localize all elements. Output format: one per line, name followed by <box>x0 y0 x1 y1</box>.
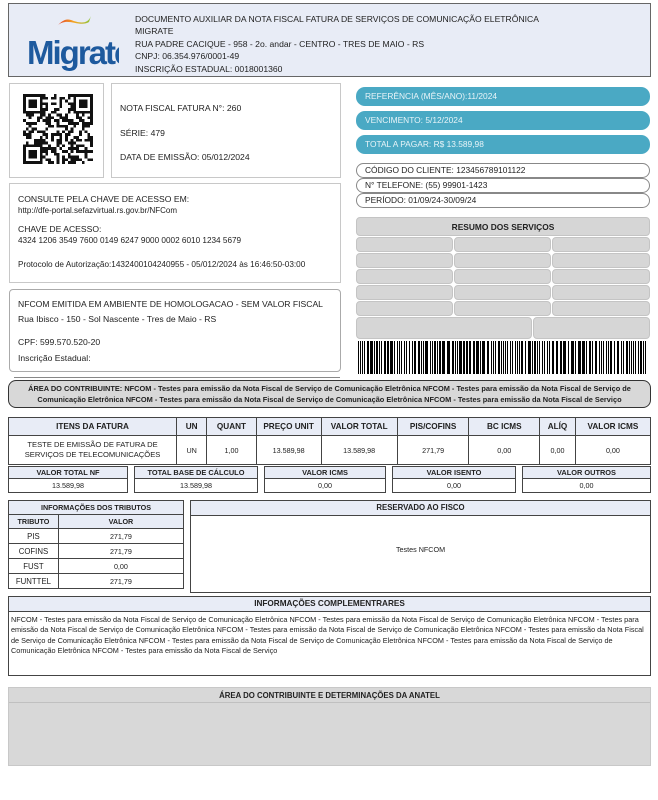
table-cell: 1,00 <box>207 436 256 465</box>
resumo-title: RESUMO DOS SERVIÇOS <box>356 217 650 236</box>
info-text: NFCOM - Testes para emissão da Nota Fisc… <box>11 615 650 656</box>
total-label: TOTAL BASE DE CÁLCULO <box>134 466 258 479</box>
resumo-cell <box>356 285 453 300</box>
company-name: MIGRATE <box>135 25 539 37</box>
table-row: TESTE DE EMISSÃO DE FATURA DE SERVIÇOS D… <box>9 436 651 465</box>
chave-label: CHAVE DE ACESSO: <box>18 224 101 234</box>
qr-code-box <box>9 83 104 178</box>
vencimento-pill: VENCIMENTO: 5/12/2024 <box>356 111 650 130</box>
nota-serie: SÉRIE: 479 <box>120 128 165 138</box>
total-box: TOTAL BASE DE CÁLCULO13.589,98 <box>134 466 258 495</box>
nota-info-box: NOTA FISCAL FATURA N°: 260 SÉRIE: 479 DA… <box>111 83 341 178</box>
consulta-label: CONSULTE PELA CHAVE DE ACESSO EM: <box>18 194 189 204</box>
total-label: VALOR ICMS <box>264 466 386 479</box>
items-header: VALOR TOTAL <box>321 418 397 436</box>
resumo-cell <box>454 285 551 300</box>
telefone: N° TELEFONE: (55) 99901-1423 <box>356 178 650 193</box>
items-header: ITENS DA FATURA <box>9 418 177 436</box>
total-label: VALOR OUTROS <box>522 466 651 479</box>
tributo-value: 271,79 <box>58 529 183 544</box>
resumo-cell <box>454 237 551 252</box>
total-value: 13.589,98 <box>134 479 258 493</box>
anatel-area: ÁREA DO CONTRIBUINTE E DETERMINAÇÕES DA … <box>8 687 651 766</box>
company-address: RUA PADRE CACIQUE - 958 - 2o. andar - CE… <box>135 38 539 50</box>
area-contribuinte: ÁREA DO CONTRIBUINTE: NFCOM - Testes par… <box>8 380 651 408</box>
total-box: VALOR OUTROS0,00 <box>522 466 651 495</box>
svg-text:Migrate: Migrate <box>27 34 119 71</box>
recipient-address: Rua Ibisco - 150 - Sol Nascente - Tres d… <box>18 314 216 324</box>
resumo-cell <box>552 253 650 268</box>
items-header: UN <box>177 418 207 436</box>
table-cell: 0,00 <box>575 436 650 465</box>
tributo-value: 271,79 <box>58 544 183 559</box>
tributo-name: FUST <box>9 559 59 574</box>
nota-numero: NOTA FISCAL FATURA N°: 260 <box>120 103 241 113</box>
total-value: 0,00 <box>522 479 651 493</box>
info-complementares: INFORMAÇÕES COMPLEMENTRARES NFCOM - Test… <box>8 596 651 676</box>
access-key-box: CONSULTE PELA CHAVE DE ACESSO EM: http:/… <box>9 183 341 283</box>
total-box: VALOR ICMS0,00 <box>264 466 386 495</box>
consulta-url[interactable]: http://dfe-portal.sefazvirtual.rs.gov.br… <box>18 206 177 215</box>
resumo-cell <box>454 253 551 268</box>
tributo-value: 271,79 <box>58 574 183 589</box>
tributo-value: 0,00 <box>58 559 183 574</box>
issuer-info: DOCUMENTO AUXILIAR DA NOTA FISCAL FATURA… <box>135 13 539 75</box>
company-cnpj: CNPJ: 06.354.976/0001-49 <box>135 50 539 62</box>
items-header: PREÇO UNIT <box>256 418 321 436</box>
resumo-servicos: RESUMO DOS SERVIÇOS <box>356 217 650 375</box>
resumo-cell <box>356 237 453 252</box>
resumo-cell <box>552 285 650 300</box>
document-header: Migrate DOCUMENTO AUXILIAR DA NOTA FISCA… <box>8 3 651 77</box>
resumo-cell <box>552 301 650 316</box>
total-value: 13.589,98 <box>8 479 128 493</box>
items-table: ITENS DA FATURAUNQUANTPREÇO UNITVALOR TO… <box>8 417 651 465</box>
resumo-cell <box>356 253 453 268</box>
info-title: INFORMAÇÕES COMPLEMENTRARES <box>9 597 650 612</box>
periodo: PERÍODO: 01/09/24-30/09/24 <box>356 193 650 208</box>
total-pagar-pill: TOTAL A PAGAR: R$ 13.589,98 <box>356 135 650 154</box>
tributo-header: TRIBUTO <box>9 515 59 529</box>
recipient-cpf: CPF: 599.570.520-20 <box>18 337 100 347</box>
barcode-icon <box>356 340 650 375</box>
resumo-cell <box>552 269 650 284</box>
valor-header: VALOR <box>58 515 183 529</box>
total-box: VALOR ISENTO0,00 <box>392 466 516 495</box>
anatel-title: ÁREA DO CONTRIBUINTE E DETERMINAÇÕES DA … <box>9 688 650 703</box>
tributos-table: INFORMAÇÕES DOS TRIBUTOS TRIBUTO VALOR P… <box>8 500 184 589</box>
table-cell: TESTE DE EMISSÃO DE FATURA DE SERVIÇOS D… <box>9 436 177 465</box>
resumo-cell <box>552 237 650 252</box>
table-cell: 0,00 <box>469 436 540 465</box>
table-cell: 13.589,98 <box>321 436 397 465</box>
homologacao-notice: NFCOM EMITIDA EM AMBIENTE DE HOMOLOGACAO… <box>18 299 323 309</box>
resumo-cell <box>533 317 650 339</box>
recipient-ie: Inscrição Estadual: <box>18 353 91 363</box>
items-header: QUANT <box>207 418 256 436</box>
reservado-fisco: RESERVADO AO FISCO Testes NFCOM <box>190 500 651 593</box>
recipient-box: NFCOM EMITIDA EM AMBIENTE DE HOMOLOGACAO… <box>9 289 341 372</box>
table-cell: 13.589,98 <box>256 436 321 465</box>
total-label: VALOR TOTAL NF <box>8 466 128 479</box>
document-title: DOCUMENTO AUXILIAR DA NOTA FISCAL FATURA… <box>135 13 539 25</box>
items-header: PIS/COFINS <box>397 418 469 436</box>
table-cell: 271,79 <box>397 436 469 465</box>
company-ie: INSCRIÇÃO ESTADUAL: 0018001360 <box>135 63 539 75</box>
protocolo-autorizacao: Protocolo de Autorização:143240010424095… <box>18 260 305 269</box>
codigo-cliente: CÓDIGO DO CLIENTE: 123456789101122 <box>356 163 650 178</box>
tributo-row: COFINS271,79 <box>9 544 184 559</box>
total-value: 0,00 <box>264 479 386 493</box>
tributo-name: PIS <box>9 529 59 544</box>
tributo-row: FUST0,00 <box>9 559 184 574</box>
total-box: VALOR TOTAL NF13.589,98 <box>8 466 128 495</box>
total-label: VALOR ISENTO <box>392 466 516 479</box>
resumo-cell <box>356 317 532 339</box>
table-cell: UN <box>177 436 207 465</box>
tributo-row: PIS271,79 <box>9 529 184 544</box>
tributos-title: INFORMAÇÕES DOS TRIBUTOS <box>9 501 184 515</box>
tributo-name: COFINS <box>9 544 59 559</box>
qr-code-icon <box>23 94 93 164</box>
resumo-cell <box>356 269 453 284</box>
tributo-name: FUNTTEL <box>9 574 59 589</box>
chave-acesso: 4324 1206 3549 7600 0149 6247 9000 0002 … <box>18 236 241 245</box>
items-header: ALÍQ <box>540 418 576 436</box>
resumo-cell <box>454 269 551 284</box>
tributo-row: FUNTTEL271,79 <box>9 574 184 589</box>
fisco-text: Testes NFCOM <box>191 545 650 554</box>
items-header: BC ICMS <box>469 418 540 436</box>
fisco-title: RESERVADO AO FISCO <box>191 501 650 516</box>
total-value: 0,00 <box>392 479 516 493</box>
referencia-pill: REFERÊNCIA (MÊS/ANO):11/2024 <box>356 87 650 106</box>
resumo-cell <box>454 301 551 316</box>
divider <box>14 377 340 378</box>
resumo-cell <box>356 301 453 316</box>
nota-emissao: DATA DE EMISSÃO: 05/012/2024 <box>120 152 250 162</box>
table-cell: 0,00 <box>540 436 576 465</box>
migrate-logo: Migrate <box>27 12 119 74</box>
items-header: VALOR ICMS <box>575 418 650 436</box>
